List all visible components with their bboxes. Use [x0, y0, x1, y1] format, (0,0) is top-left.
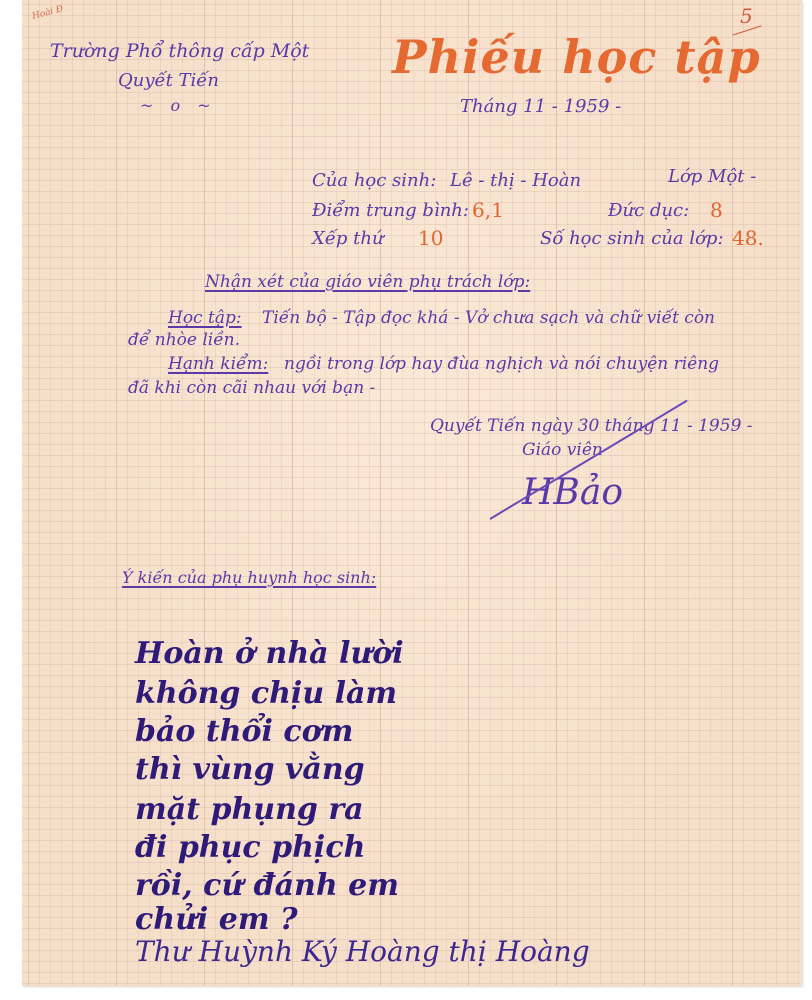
parent-comment-line: mặt phụng ra: [135, 792, 364, 827]
parent-signature-line: Thư Huỳnh Ký Hoàng thị Hoàng: [135, 935, 590, 968]
parent-comment-line: Hoàn ở nhà lười: [135, 636, 404, 671]
teacher-signature: HBảo: [522, 472, 623, 513]
conduct-value: 8: [710, 198, 723, 222]
page-number: 5: [740, 4, 753, 28]
school-name: Trường Phổ thông cấp Một: [50, 40, 309, 62]
name-label: Của học sinh:: [312, 170, 436, 191]
parent-comment-line: chửi em ?: [135, 902, 298, 937]
class-label: Lớp Một -: [668, 166, 756, 187]
behavior-label: Hạnh kiểm:: [168, 354, 268, 374]
avg-score-value: 6,1: [472, 198, 504, 222]
study-text-line-2: để nhòe liền.: [128, 330, 240, 350]
document-title: Phiếu học tập: [392, 30, 761, 84]
rank-value: 10: [418, 226, 443, 250]
parent-comments-heading: Ý kiến của phụ huynh học sinh:: [122, 568, 376, 587]
class-size-label: Số học sinh của lớp:: [540, 228, 724, 249]
behavior-text-line-2: đã khi còn cãi nhau với bạn -: [128, 378, 375, 398]
parent-comment-line: không chịu làm: [135, 676, 397, 711]
teacher-comments-heading: Nhận xét của giáo viên phụ trách lớp:: [205, 272, 530, 292]
month-line: Tháng 11 - 1959 -: [460, 96, 621, 117]
behavior-text-line-1: ngồi trong lớp hay đùa nghịch và nói chu…: [284, 354, 719, 374]
parent-comment-line: đi phục phịch: [135, 830, 365, 865]
conduct-label: Đức dục:: [608, 200, 689, 221]
study-text-line-1: Tiến bộ - Tập đọc khá - Vở chưa sạch và …: [262, 308, 715, 328]
district-name: Quyết Tiến: [118, 70, 219, 91]
ornament-divider: ~ o ~: [140, 96, 217, 115]
parent-comment-line: thì vùng vằng: [135, 752, 365, 787]
place-date: Quyết Tiến ngày 30 tháng 11 - 1959 -: [430, 416, 753, 436]
rank-label: Xếp thứ: [312, 228, 384, 249]
parent-comment-line: rồi, cứ đánh em: [135, 868, 399, 903]
study-label: Học tập:: [168, 308, 242, 328]
class-size-value: 48.: [732, 226, 764, 250]
name-value: Lê - thị - Hoàn: [450, 170, 581, 191]
avg-score-label: Điểm trung bình:: [312, 200, 469, 221]
parent-comment-line: bảo thổi cơm: [135, 714, 353, 749]
